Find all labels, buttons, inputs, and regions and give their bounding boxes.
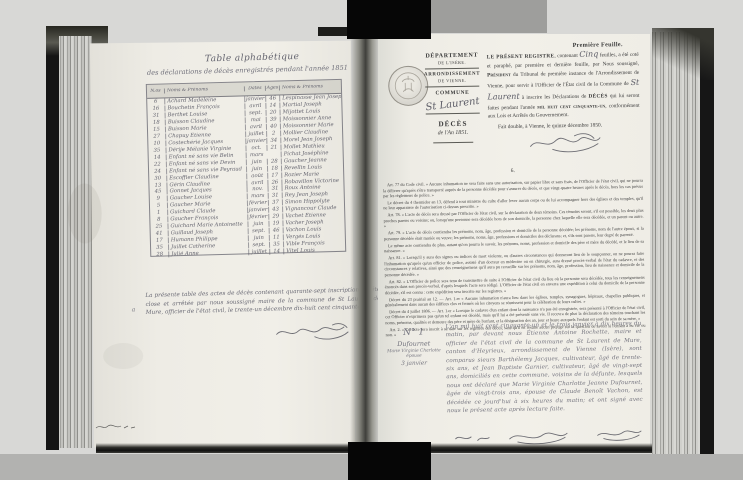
table-cell: avril [246,179,267,186]
divider [433,142,473,144]
column-header-dates: Dates [244,86,265,92]
table-cell: mai [245,117,266,124]
table-cell: 28 [267,158,281,164]
table-cell: 5 [150,203,167,209]
alphabetical-death-table: N.os Noms & Prénoms Dates Âges Noms & Pr… [146,79,346,257]
table-cell: 40 [266,124,280,130]
table-cell: 46 [265,96,279,102]
deces-heading: DÉCÈS [418,119,488,128]
table-cell: juin [246,165,267,172]
table-cell: avril [245,124,266,131]
registre-text-segment: Président [487,72,511,78]
table-cell: février [247,200,268,207]
divider [425,86,479,88]
table-cell: 39 [266,117,280,123]
table-cell: août [246,172,267,179]
column-header-ages: Âges [265,85,279,90]
table-cell: sept. [248,228,269,235]
table-cell: 22 [149,161,166,167]
table-cell: sept. [245,110,266,117]
departement-name: DE L'ISÈRE. [417,59,487,65]
act-number: N° 1 [383,327,443,338]
divider [425,68,479,70]
right-page: Première Feuille. DÉPARTEMENT DE L'ISÈRE… [378,34,650,450]
table-cell: 20 [266,110,280,116]
scan-shadow-band [431,0,547,33]
table-cell: 25 [150,223,167,229]
register-opening-paragraph: LE PRÉSENT REGISTRE, contenant Cinq feui… [487,48,640,121]
table-cell: 24 [149,168,166,174]
table-cell: 14 [265,103,279,109]
table-cell: février [247,214,268,221]
act-deceased-surname: Dufournet [384,339,444,348]
registre-text-segment: du Tribunal de première instance de l'Ar… [487,69,639,89]
table-cell: 43 [268,207,282,213]
table-cell: avril [244,103,265,110]
table-title: Table alphabétique [157,51,347,66]
scan-cradle-bar-bottom [348,442,431,480]
table-cell: 8 [150,217,167,223]
margin-mark: a [132,306,136,313]
column-header-names: Noms & Prénoms [164,86,244,93]
table-closing-statement: La présente table des actes de décès con… [145,286,381,318]
table-cell: 2 [266,131,280,137]
table-cell: 30 [149,175,166,181]
table-cell: juin [248,235,269,242]
departement-label: DÉPARTEMENT [417,52,487,59]
table-cell: 11 [269,234,283,240]
table-cell: 29 [268,214,282,220]
table-cell: juillet [245,131,266,138]
table-cell: juin [246,159,267,166]
book-cover-right-corner [652,28,714,80]
table-cell: sept. [248,242,269,249]
table-cell: 31 [148,113,165,119]
act-margin-note: N° 1 Dufournet Marie Virginie Charlotte … [383,327,444,367]
president-signature-flourish [488,129,640,161]
registre-text-segment: mil huit cent cinquante-un [537,103,605,110]
table-cell: 34 [266,137,280,143]
register-book-scan: Table alphabétique des déclarations de d… [0,0,743,480]
mayor-signature-flourish [274,321,351,347]
commune-handwritten-value: St Laurent [417,95,488,114]
table-cell: 10 [148,140,165,146]
book-cover-right-edge [700,28,714,454]
table-cell: 45 [150,189,167,195]
table-body: 6Achard Madeleinejanvier46Lespinasse Jea… [147,94,345,258]
table-cell: nov. [247,186,268,193]
table-cell: 16 [147,106,164,112]
act-handwritten-body: L'an mil huit cent cinquante-un et le tr… [445,320,643,416]
table-cell: janvier [244,96,265,103]
table-cell: 27 [148,134,165,140]
table-cell: 18 [267,165,281,171]
table-cell: 15 [148,127,165,133]
table-cell: 18 [148,120,165,126]
deces-year: de l'An 1851. [418,129,488,136]
table-cell: Vitel Louis [283,247,345,255]
pencil-annotation [94,420,138,439]
table-cell: 35 [151,244,168,250]
table-cell: 1 [150,210,167,216]
table-cell: janvier [245,138,266,145]
table-cell: 13 [149,182,166,188]
table-cell: janvier [247,207,268,214]
act-date: 3 janvier [384,361,444,368]
table-cell: Julié Anne [168,249,248,257]
page-block-edges-right [650,32,700,454]
table-cell: 14 [269,248,283,254]
fine-print-paragraph: Art. 81. « Lorsqu'il y aura des signes o… [384,251,644,278]
registre-text-segment: DÉCÈS [588,94,607,100]
column-header-number: N.os [147,88,164,93]
first-death-act: N° 1 Dufournet Marie Virginie Charlotte … [379,320,649,449]
registre-text-segment: LE PRÉSENT REGISTRE [487,53,555,60]
table-cell: juin [247,221,268,228]
left-page: Table alphabétique des déclarations de d… [90,41,355,448]
column-header-names-2: Noms & Prénoms [279,84,341,91]
table-cell: 17 [151,237,168,243]
table-cell: 28 [151,251,168,257]
table-cell: oct. [245,145,266,152]
administrative-header-block: DÉPARTEMENT DE L'ISÈRE. ARRONDISSEMENT D… [417,52,489,146]
book-cover-left-edge [46,30,59,450]
table-cell: 14 [149,154,166,160]
table-cell: 19 [268,220,282,226]
table-cell: 26 [267,179,281,185]
register-opening-text-block: LE PRÉSENT REGISTRE, contenant Cinq feui… [487,48,641,161]
scan-cradle-bar-top [347,0,431,39]
registre-text-segment: à inscrire les Déclarations de [520,94,589,101]
registre-text-segment: , contenant [554,53,579,59]
table-cell: mars [247,193,268,200]
table-cell: 31 [268,186,282,192]
table-cell: juillet [248,249,269,256]
table-cell: 41 [151,230,168,236]
table-cell: 9 [150,196,167,202]
registre-text-segment: Cinq [579,50,598,59]
arrondissement-name: DE VIENNE. [417,77,487,83]
table-cell: 6 [147,99,164,105]
divider [426,113,480,115]
table-cell: 35 [269,241,283,247]
table-cell: 31 [268,193,282,199]
table-cell: 21 [266,144,280,150]
act-deceased-names: Marie Virginie Charlotte épouse [384,348,444,359]
table-cell: 37 [268,200,282,206]
table-cell: mars [246,152,267,159]
civil-code-fine-print: Art. 77 du Code civil. « Aucune inhumati… [383,178,646,340]
table-cell: 35 [148,147,165,153]
table-cell: 17 [267,172,281,178]
gutter-top-shadow [318,27,348,36]
sheet-number-mark: 6. [377,166,649,177]
table-cell: 46 [269,227,283,233]
